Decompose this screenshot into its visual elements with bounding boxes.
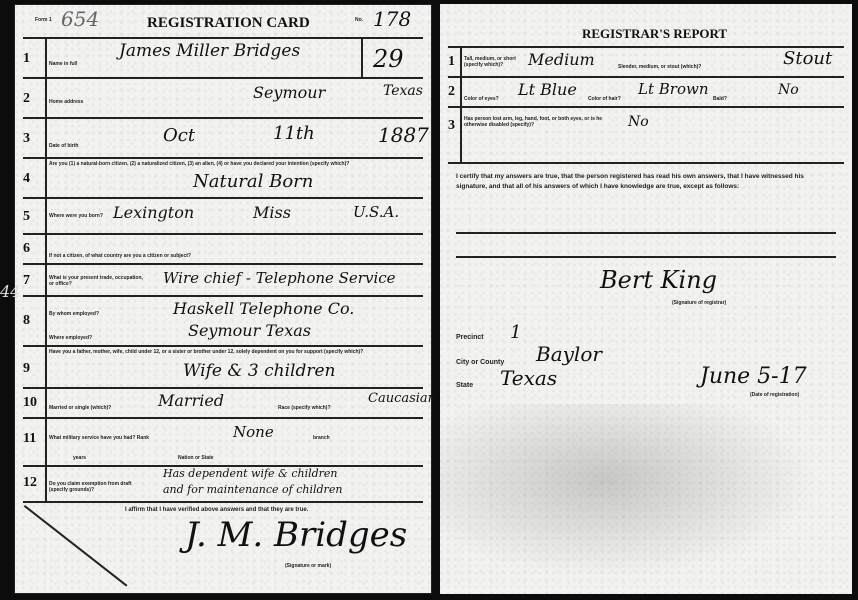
serial-number: 654	[61, 7, 99, 31]
form-label: Form 1	[35, 17, 52, 23]
hair-color: Lt Brown	[638, 80, 708, 98]
birth-town: Lexington	[113, 203, 194, 222]
row-number: 12	[23, 475, 37, 491]
age: 29	[373, 45, 404, 73]
birth-nation: U.S.A.	[353, 203, 399, 221]
registrant-signature: J. M. Bridges	[185, 515, 407, 555]
height-value: Medium	[528, 50, 595, 69]
military-rank: None	[233, 423, 274, 441]
field-label: Are you (1) a natural-born citizen, (2) …	[49, 161, 429, 167]
row-number: 7	[23, 273, 37, 289]
precinct-label: Precinct	[456, 334, 484, 341]
registration-date: June 5-17	[700, 364, 807, 389]
row-number: 9	[23, 361, 37, 377]
affirmation-text: I affirm that I have verified above answ…	[125, 507, 308, 513]
birth-day: 11th	[273, 123, 315, 144]
row-home-address: 2 Home address Seymour Texas	[23, 79, 423, 119]
build-value: Stout	[783, 48, 832, 69]
field-label: Where employed?	[49, 335, 92, 341]
home-state: Texas	[383, 83, 423, 99]
field-label: Where were you born?	[49, 213, 103, 219]
number-label: No.	[355, 17, 363, 23]
row-number: 3	[23, 131, 37, 147]
field-label: Race (specify which)?	[278, 405, 331, 411]
registrar-signature: Bert King	[600, 266, 717, 294]
field-label: Married or single (which)?	[49, 405, 111, 411]
disability-value: No	[628, 114, 649, 130]
field-label: What is your present trade, occupation, …	[49, 275, 149, 287]
home-city: Seymour	[253, 83, 325, 102]
field-label: Has person lost arm, leg, hand, foot, or…	[464, 116, 614, 128]
exemption-reason: Has dependent wife & children	[163, 467, 338, 480]
row-birthplace: 5 Where were you born? Lexington Miss U.…	[23, 199, 423, 235]
report-row-disability: 3 Has person lost arm, leg, hand, foot, …	[448, 108, 844, 164]
row-number: 5	[23, 209, 37, 225]
exemption-reason-2: and for maintenance of children	[163, 483, 342, 496]
card-number: 178	[373, 7, 411, 31]
field-label: Color of hair?	[588, 96, 621, 102]
state-value: Texas	[500, 366, 557, 390]
citizenship-status: Natural Born	[193, 171, 313, 192]
eye-color: Lt Blue	[518, 80, 577, 99]
row-number: 1	[23, 51, 37, 67]
registrars-report: REGISTRAR'S REPORT 1 Tall, medium, or sh…	[440, 4, 852, 594]
field-label: If not a citizen, of what country are yo…	[49, 253, 191, 259]
dependents: Wife & 3 children	[183, 361, 336, 381]
birth-state: Miss	[253, 203, 291, 222]
row-number: 2	[23, 91, 37, 107]
row-number: 4	[23, 171, 37, 187]
occupation: Wire chief - Telephone Service	[163, 269, 396, 287]
row-exemption: 12 Do you claim exemption from draft (sp…	[23, 467, 423, 503]
card-title: REGISTRATION CARD	[147, 15, 310, 32]
row-number: 11	[23, 431, 37, 447]
field-label: Date of birth	[49, 143, 78, 149]
field-label: Bald?	[713, 96, 727, 102]
row-number: 8	[23, 313, 37, 329]
full-name: James Miller Bridges	[119, 41, 300, 61]
field-label: Have you a father, mother, wife, child u…	[49, 349, 429, 355]
field-label: branch	[313, 435, 330, 441]
report-title: REGISTRAR'S REPORT	[582, 26, 727, 42]
county-label: City or County	[456, 359, 504, 366]
field-label: Name in full	[49, 61, 77, 67]
field-label: years	[73, 455, 86, 461]
signature-label: (Signature or mark)	[285, 563, 331, 569]
row-birth-date: 3 Date of birth Oct 11th 1887	[23, 119, 423, 159]
signature-label: (Signature of registrar)	[672, 300, 726, 306]
field-label: By whom employed?	[49, 311, 99, 317]
field-label: Slender, medium, or stout (which)?	[618, 64, 701, 70]
certification-text: I certify that my answers are true, that…	[456, 172, 836, 192]
row-foreign-citizenship: 6 If not a citizen, of what country are …	[23, 235, 423, 265]
row-employer: 8 By whom employed? Haskell Telephone Co…	[23, 297, 423, 347]
employment-place: Seymour Texas	[188, 321, 311, 340]
row-number: 10	[23, 395, 37, 411]
birth-year: 1887	[378, 123, 429, 147]
report-row-build: 1 Tall, medium, or short (specify which)…	[448, 48, 844, 78]
birth-month: Oct	[163, 125, 195, 146]
field-label: Nation or State	[178, 455, 214, 461]
field-label: Color of eyes?	[464, 96, 499, 102]
field-label: What military service have you had? Rank	[49, 435, 149, 441]
registration-card: Form 1 654 REGISTRATION CARD No. 178 1 N…	[14, 4, 432, 594]
row-marital-race: 10 Married or single (which)? Married Ra…	[23, 389, 423, 419]
field-label: Home address	[49, 99, 83, 105]
race: Caucasian	[368, 391, 436, 406]
date-label: (Date of registration)	[750, 392, 799, 398]
row-occupation: 7 What is your present trade, occupation…	[23, 265, 423, 297]
row-citizenship: 4 Are you (1) a natural-born citizen, (2…	[23, 159, 423, 199]
row-dependents: 9 Have you a father, mother, wife, child…	[23, 347, 423, 389]
precinct-value: 1	[510, 322, 521, 343]
marital-status: Married	[158, 391, 224, 410]
row-military-service: 11 What military service have you had? R…	[23, 419, 423, 467]
row-number: 6	[23, 241, 37, 257]
margin-note: 44	[0, 282, 20, 301]
state-label: State	[456, 382, 473, 389]
field-label: Do you claim exemption from draft (speci…	[49, 481, 149, 493]
bald-value: No	[778, 82, 799, 98]
row-name: 1 Name in full James Miller Bridges 29	[23, 39, 423, 79]
employer: Haskell Telephone Co.	[173, 299, 354, 318]
report-row-eyes-hair: 2 Color of eyes? Lt Blue Color of hair? …	[448, 78, 844, 108]
county-value: Baylor	[536, 342, 602, 366]
field-label: Tall, medium, or short (specify which)?	[464, 56, 519, 68]
